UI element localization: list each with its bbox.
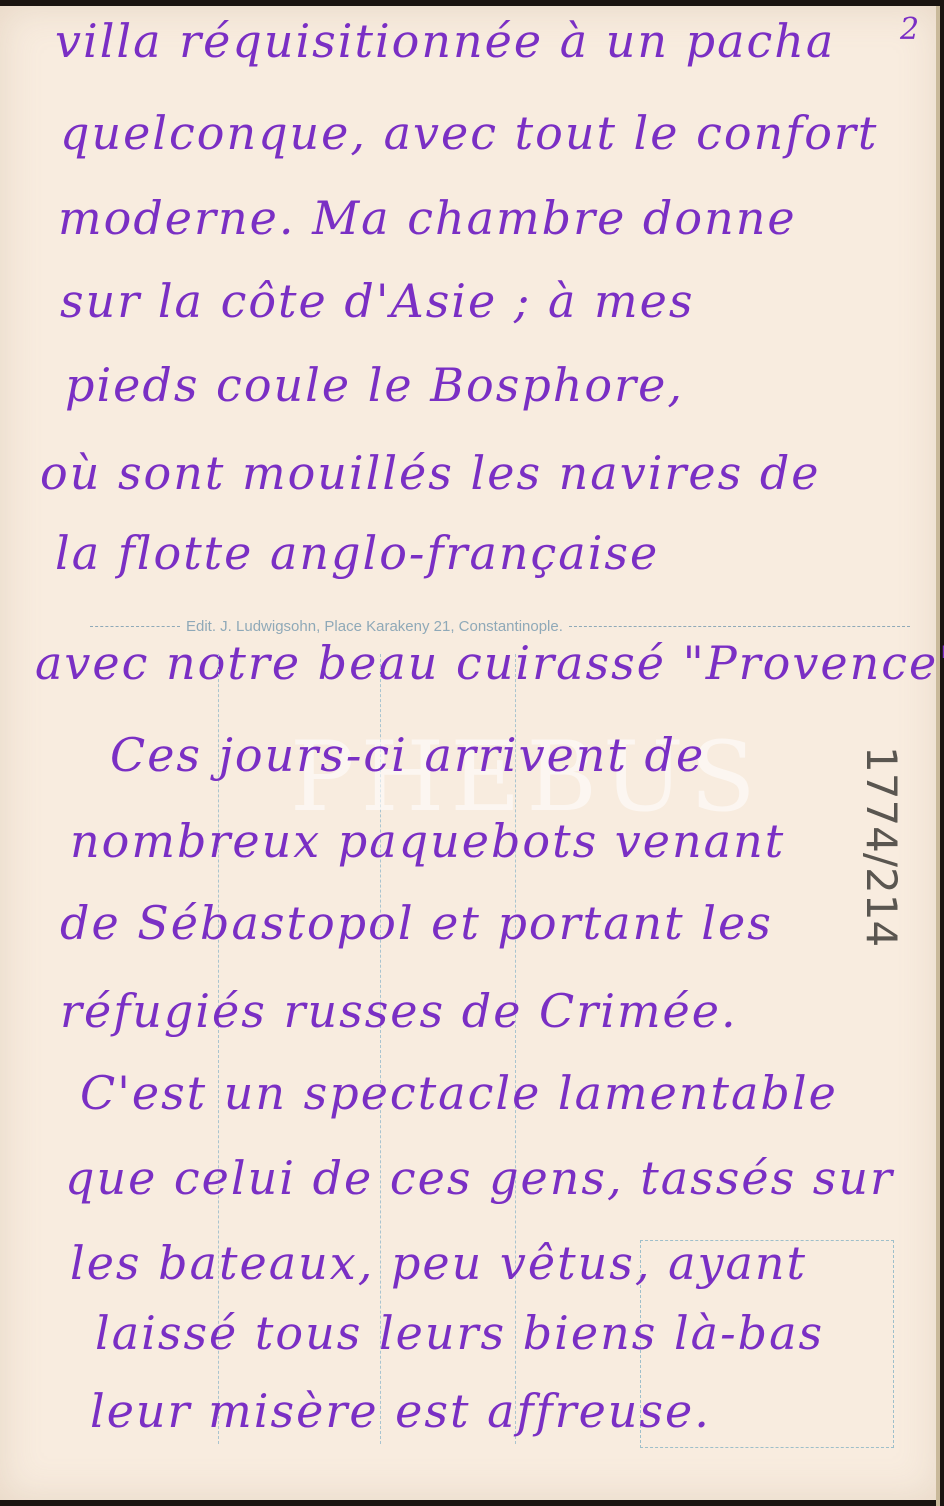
imprint-rule — [90, 626, 180, 627]
publisher-imprint: Edit. J. Ludwigsohn, Place Karakeny 21, … — [90, 618, 910, 635]
handwritten-line: la flotte anglo-française — [55, 526, 659, 580]
publisher-text: Edit. J. Ludwigsohn, Place Karakeny 21, … — [186, 618, 563, 635]
handwritten-line: quelconque, avec tout le confort — [60, 106, 878, 160]
handwritten-line: où sont mouillés les navires de — [40, 446, 821, 500]
handwritten-line: nombreux paquebots venant — [70, 814, 785, 868]
postcard-back: 2 villa réquisitionnée à un pacha quelco… — [0, 6, 940, 1500]
handwritten-line: les bateaux, peu vêtus, ayant — [70, 1236, 807, 1290]
corner-page-mark: 2 — [900, 12, 919, 47]
handwritten-line: réfugiés russes de Crimée. — [60, 984, 738, 1038]
handwritten-line: que celui de ces gens, tassés sur — [65, 1151, 894, 1205]
handwritten-line: moderne. Ma chambre donne — [58, 191, 797, 245]
handwritten-line: avec notre beau cuirassé "Provence" — [35, 636, 944, 690]
card-edge — [936, 6, 940, 1500]
imprint-rule — [569, 626, 910, 627]
archive-number: 1774/214 — [857, 746, 906, 947]
handwritten-line: pieds coule le Bosphore, — [65, 358, 684, 412]
handwritten-line: C'est un spectacle lamentable — [80, 1066, 838, 1120]
handwritten-line: sur la côte d'Asie ; à mes — [60, 274, 694, 328]
handwritten-line: leur misère est affreuse. — [90, 1384, 711, 1438]
handwritten-line: laissé tous leurs biens là-bas — [95, 1306, 824, 1360]
handwritten-line: Ces jours-ci arrivent de — [110, 728, 705, 782]
handwritten-line: villa réquisitionnée à un pacha — [55, 14, 835, 68]
handwritten-line: de Sébastopol et portant les — [60, 896, 773, 950]
